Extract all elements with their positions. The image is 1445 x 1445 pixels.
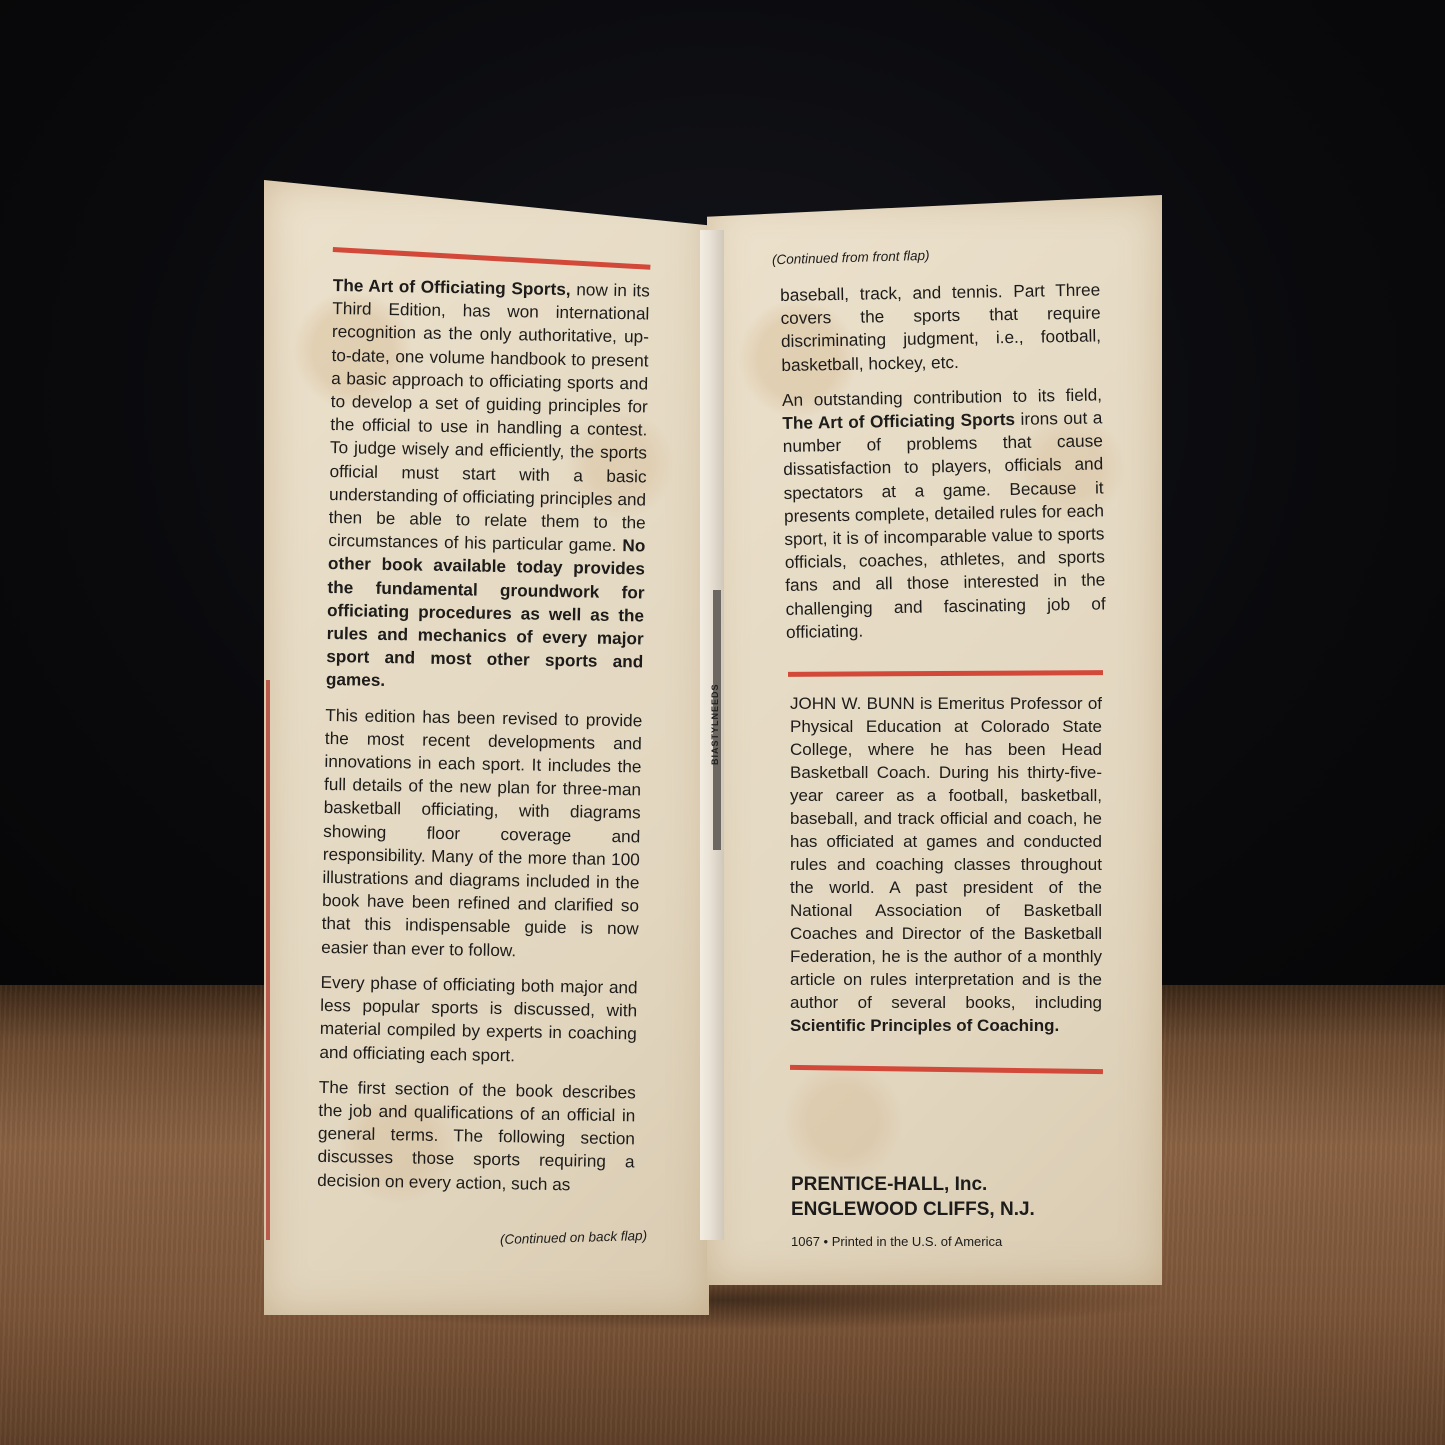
jacket-red-edge bbox=[266, 680, 270, 1240]
book-title-bold: The Art of Officiating Sports bbox=[782, 409, 1015, 433]
contribution-text-before: An outstanding contribution to its field… bbox=[782, 384, 1102, 410]
right-flap-text: baseball, track, and tennis. Part Three … bbox=[780, 278, 1106, 656]
paragraph-sections: The first section of the book describes … bbox=[317, 1076, 636, 1198]
paragraph-phases: Every phase of officiating both major an… bbox=[319, 971, 638, 1069]
author-bio-text: JOHN W. BUNN is Emeritus Professor of Ph… bbox=[790, 694, 1102, 1012]
publisher-block: PRENTICE-HALL, Inc. ENGLEWOOD CLIFFS, N.… bbox=[791, 1172, 1035, 1222]
left-flap-text: The Art of Officiating Sports, now in it… bbox=[317, 274, 650, 1209]
author-bio: JOHN W. BUNN is Emeritus Professor of Ph… bbox=[790, 692, 1102, 1037]
printing-imprint: 1067 • Printed in the U.S. of America bbox=[791, 1234, 1002, 1249]
book-title-bold: The Art of Officiating Sports, bbox=[333, 275, 571, 299]
publisher-location: ENGLEWOOD CLIFFS, N.J. bbox=[791, 1197, 1035, 1222]
spine-text: BIASTYLNEEDS bbox=[710, 615, 724, 765]
paragraph-contribution: An outstanding contribution to its field… bbox=[782, 383, 1106, 644]
author-book-title: Scientific Principles of Coaching. bbox=[790, 1016, 1059, 1035]
publisher-name: PRENTICE-HALL, Inc. bbox=[791, 1172, 1035, 1197]
intro-emphasis: No other book available today provides t… bbox=[326, 535, 646, 690]
paragraph-part-three: baseball, track, and tennis. Part Three … bbox=[780, 278, 1102, 376]
paragraph-edition: This edition has been revised to provide… bbox=[321, 704, 642, 965]
intro-text: now in its Third Edition, has won intern… bbox=[328, 279, 650, 555]
contribution-text-after: irons out a number of problems that caus… bbox=[783, 407, 1106, 641]
paragraph-intro: The Art of Officiating Sports, now in it… bbox=[326, 274, 650, 697]
